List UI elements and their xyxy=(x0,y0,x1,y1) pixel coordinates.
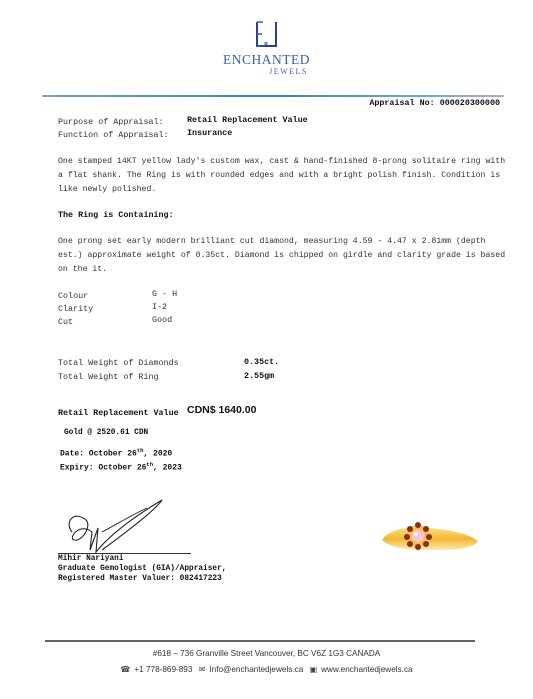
footer-phone: +1 778-869-893 xyxy=(134,665,192,674)
footer-website[interactable]: www.enchantedjewels.ca xyxy=(321,665,412,674)
function-label: Function of Appraisal: xyxy=(58,130,169,140)
ring-photo xyxy=(380,510,480,560)
email-icon: ✉ xyxy=(199,665,206,674)
footer-email[interactable]: Info@enchantedjewels.ca xyxy=(209,665,303,674)
brand-logo-icon xyxy=(254,20,280,50)
brand-name: ENCHANTED xyxy=(0,52,533,68)
signature-icon xyxy=(62,492,172,557)
header-divider xyxy=(42,95,504,97)
footer-address: #618 – 736 Granville Street Vancouver, B… xyxy=(0,649,533,658)
weight-label-diamonds: Total Weight of Diamonds xyxy=(58,358,179,368)
grading-value-clarity: I-2 xyxy=(152,302,167,312)
valuation-label: Retail Replacement Value xyxy=(58,408,179,418)
gold-price: Gold @ 2520.61 CDN xyxy=(64,429,148,437)
appraisal-number-value: 000020300000 xyxy=(440,98,500,108)
weight-value-ring: 2.55gm xyxy=(244,371,274,381)
brand-subtitle: JEWELS xyxy=(0,67,533,76)
appraiser-title: Graduate Gemologist (GIA)/Appraiser, xyxy=(58,565,226,573)
appraisal-number-label: Appraisal No: xyxy=(369,98,434,108)
appraisal-date: Date: October 26th, 2020 xyxy=(60,447,172,459)
weight-value-diamonds: 0.35ct. xyxy=(244,357,279,367)
appraisal-number: Appraisal No: 000020300000 xyxy=(369,98,500,108)
grading-value-colour: G - H xyxy=(152,289,177,299)
appraiser-name: Mihir Nariyani xyxy=(58,555,124,563)
purpose-value: Retail Replacement Value xyxy=(187,115,308,125)
weight-label-ring: Total Weight of Ring xyxy=(58,372,159,382)
grading-label-cut: Cut xyxy=(58,317,73,327)
item-description: One stamped 14KT yellow lady's custom wa… xyxy=(58,155,508,197)
grading-label-clarity: Clarity xyxy=(58,304,93,314)
footer-divider xyxy=(45,640,475,642)
valuation-amount: CDN$ 1640.00 xyxy=(187,404,256,416)
footer-contact: ☎+1 778-869-893 ✉Info@enchantedjewels.ca… xyxy=(0,665,533,674)
grading-label-colour: Colour xyxy=(58,291,88,301)
monitor-icon: ▣ xyxy=(310,665,318,674)
function-value: Insurance xyxy=(187,128,232,138)
containing-heading: The Ring is Containing: xyxy=(58,210,174,220)
purpose-label: Purpose of Appraisal: xyxy=(58,117,164,127)
phone-icon: ☎ xyxy=(120,665,130,674)
grading-value-cut: Good xyxy=(152,315,172,325)
diamond-description: One prong set early modern brilliant cut… xyxy=(58,235,508,277)
expiry-date: Expiry: October 26th, 2023 xyxy=(60,461,182,473)
appraiser-registration: Registered Master Valuer: 082417223 xyxy=(58,575,222,583)
signature-line xyxy=(58,553,191,554)
